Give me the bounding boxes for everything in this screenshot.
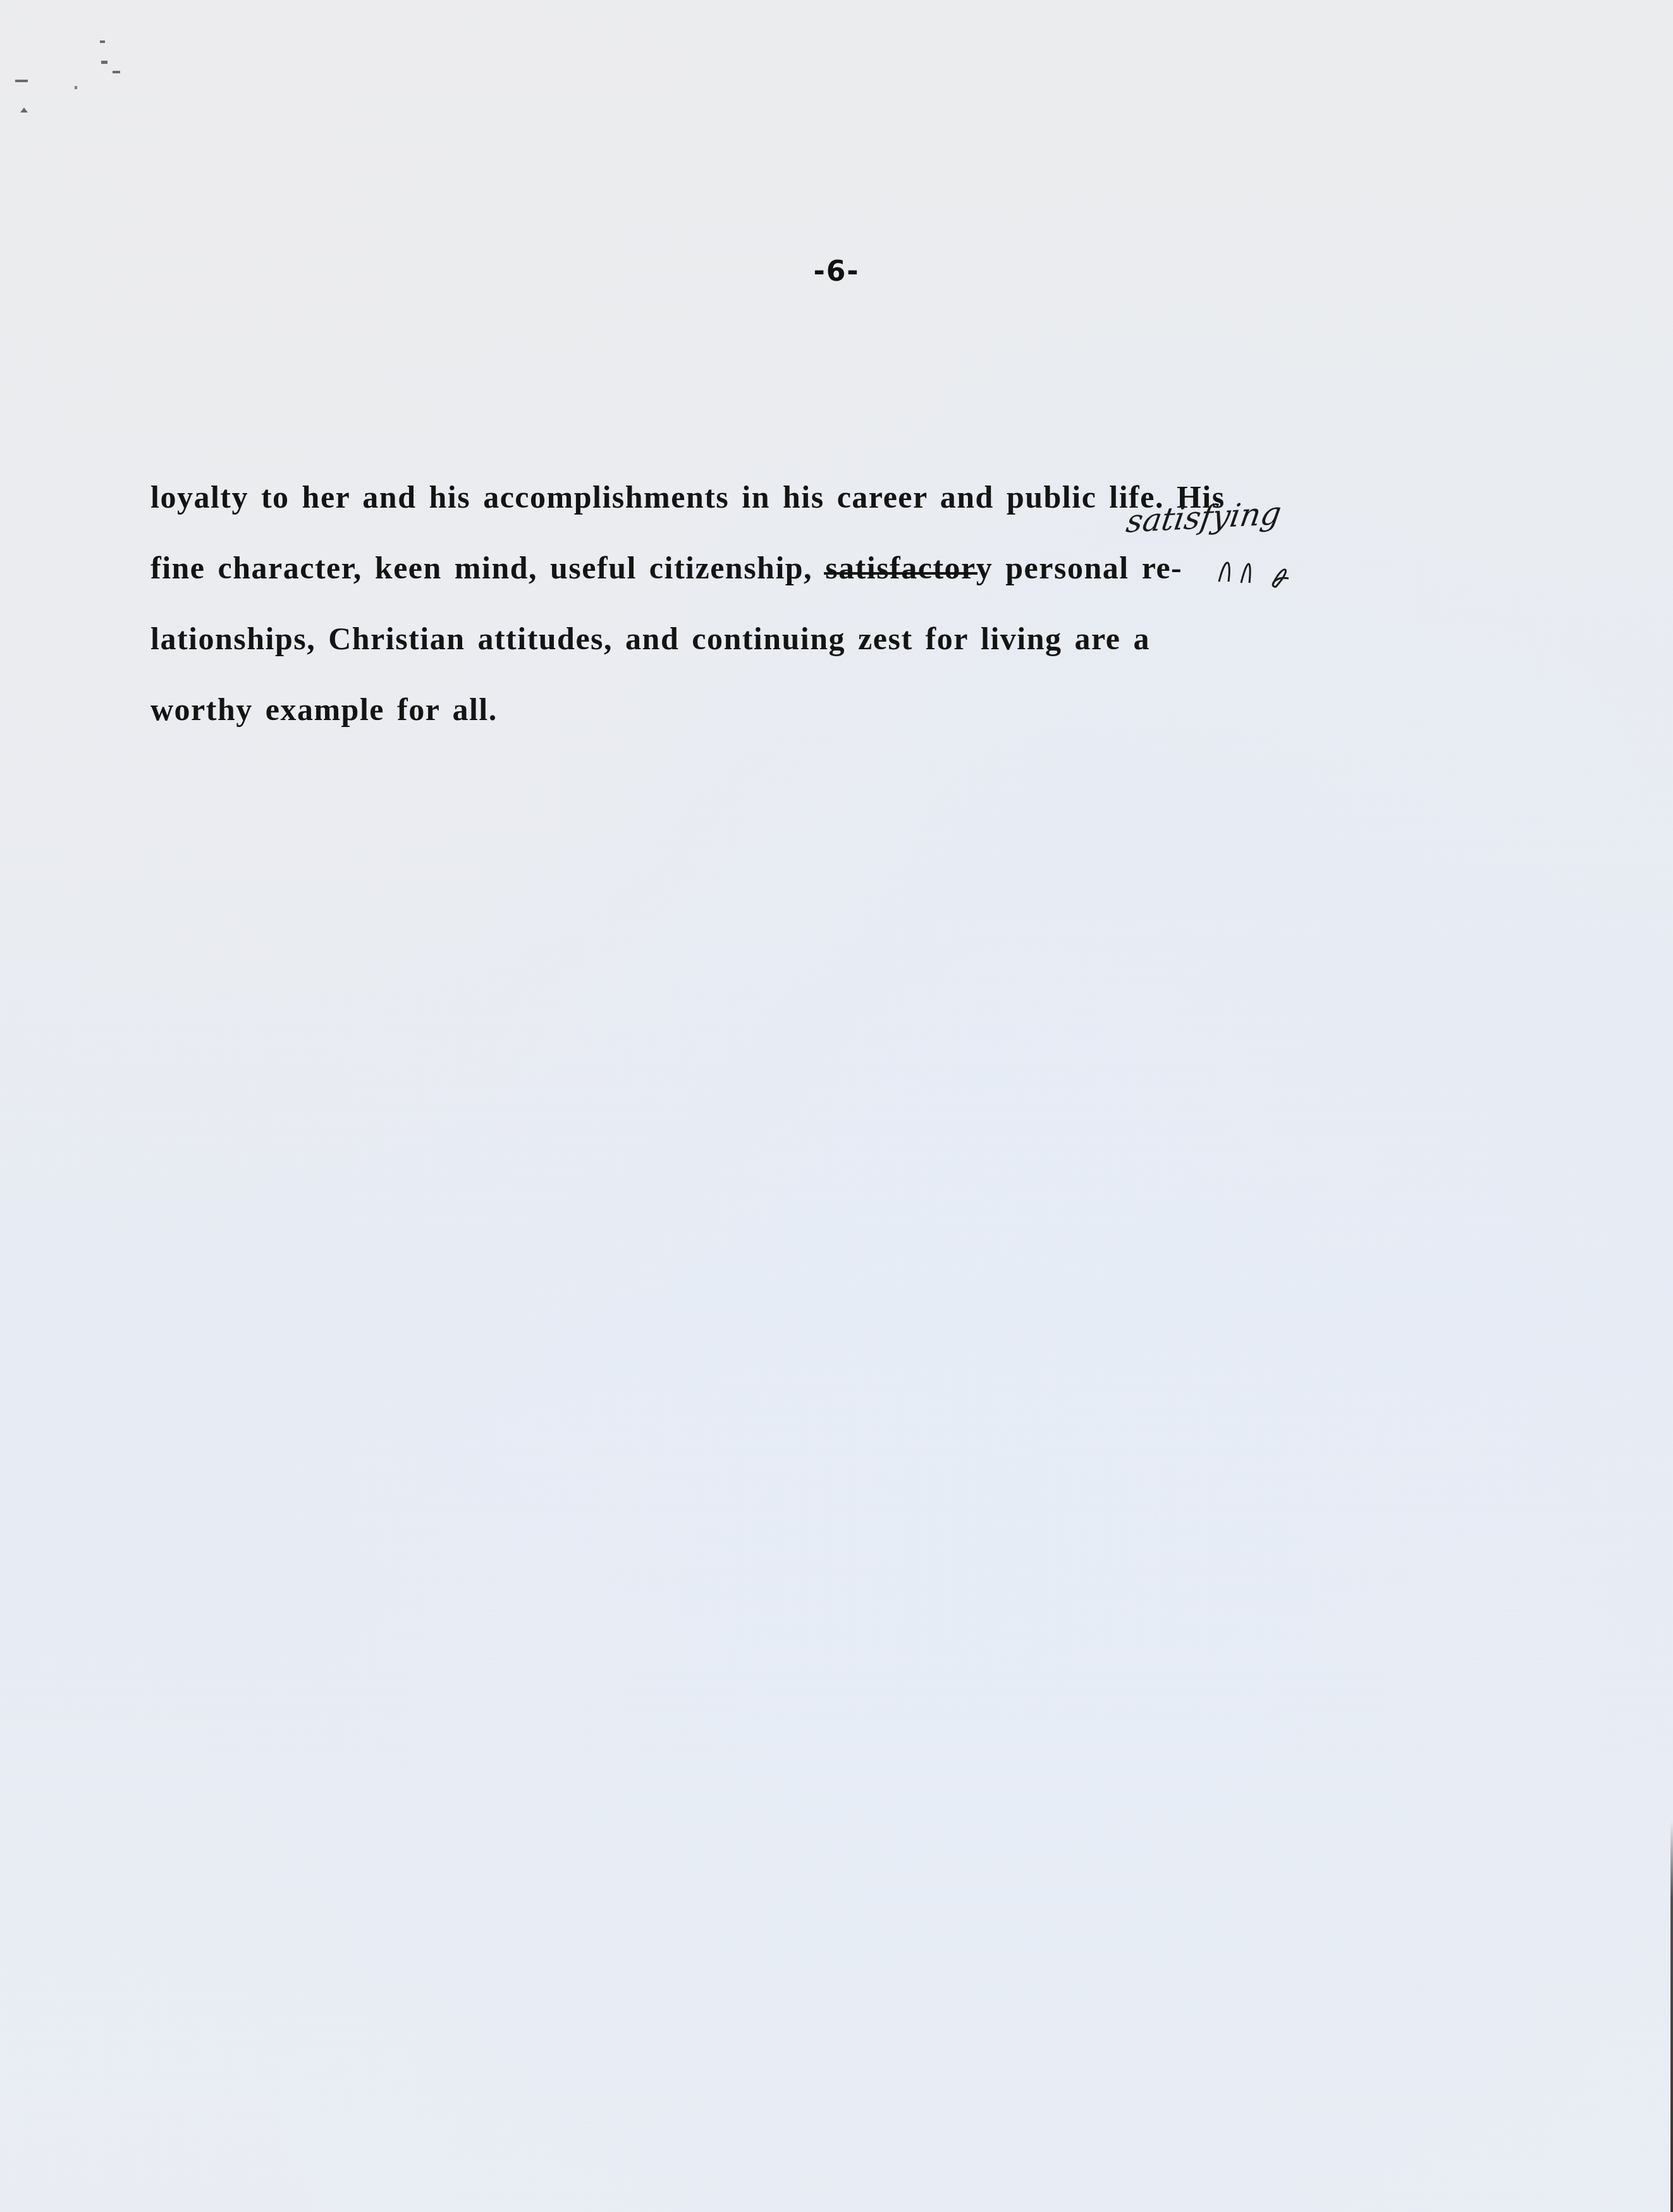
handwritten-correction: satisfying: [1124, 498, 1284, 537]
handwritten-overstrike-loops: [1213, 550, 1301, 588]
stray-ink-marks: [0, 0, 158, 139]
text-line-3: lationships, Christian attitudes, and co…: [150, 603, 1478, 674]
text-line-4: worthy example for all.: [150, 674, 1478, 745]
body-paragraph: loyalty to her and his accomplishments i…: [150, 461, 1478, 745]
struck-through-word: satisfactor: [825, 532, 976, 603]
text-line-2: fine character, keen mind, useful citize…: [150, 532, 1478, 603]
page-edge-shadow: [1670, 1821, 1673, 2212]
document-page: -6- loyalty to her and his accomplishmen…: [0, 0, 1673, 2212]
page-number: -6-: [0, 255, 1673, 288]
line-2-before: fine character, keen mind, useful citize…: [150, 550, 825, 585]
line-2-after: y personal re-: [976, 550, 1182, 585]
